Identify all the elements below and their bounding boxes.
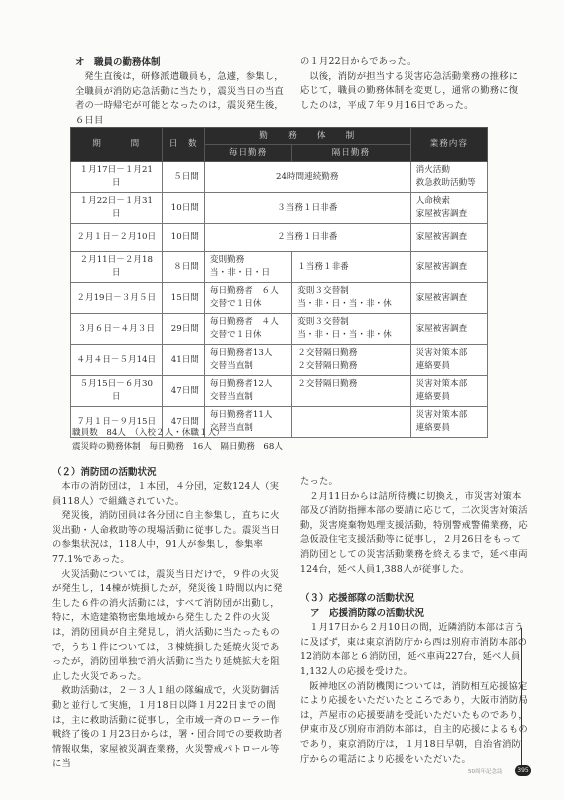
cell-duties: 家屋被害調査 (410, 314, 487, 345)
paragraph: １月17日から２月10日の間，近隣消防本部は言うに及ばず，東は東京消防庁から西は… (300, 621, 530, 679)
paragraph: 救助活動は，２－３人１組の隊編成で，火災防御活動と並行して実施，１月18日以降１… (52, 684, 284, 772)
cell-days: 29日間 (162, 314, 204, 345)
cell-days: 10日間 (162, 193, 204, 224)
section-o-continuation: の１月22日からであった。 (300, 55, 525, 70)
cell-period: ２月１日－２月10日 (71, 224, 163, 252)
cell-days: 10日間 (162, 224, 204, 252)
cell-duties: 災害対策本部連絡要員 (410, 345, 487, 376)
cell-period: ２月11日－２月18日 (71, 252, 163, 283)
header-work-system: 勤 務 体 制 (204, 128, 410, 145)
cell-duties: 家屋被害調査 (410, 252, 487, 283)
table-row: ２月19日－３月５日 15日間 毎日勤務者 ６人交替で１日休 変則３交替制当・非… (71, 283, 488, 314)
paragraph: 阪神地区の消防機関については，消防相互応援協定により応援をいただいたところであり… (300, 680, 530, 768)
paragraph: 火災活動については，震災当日だけで，９件の火災が発生し，14棟が焼損したが，発災… (52, 568, 284, 685)
page-number: 395 (515, 765, 531, 776)
cell-work-system: 24時間連続勤務 (204, 162, 410, 193)
section-2-continuation: たった。 (300, 475, 530, 490)
section-o-paragraph: 発生直後は，研修派遣職員も，急遽，参集し，全職員が消防応急活動に当たり，震災当日… (75, 70, 285, 128)
cell-daily: 毎日勤務者 ６人交替で１日休 (204, 283, 291, 314)
cell-alternate (292, 407, 410, 438)
cell-daily: 毎日勤務者 ４人交替で１日休 (204, 314, 291, 345)
cell-alternate: ２交替隔日勤務 (292, 376, 410, 407)
section-o-right: の１月22日からであった。 以後，消防が担当する災害応急活動業務の推移に応じて，… (300, 55, 525, 113)
header-daily: 毎日勤務 (204, 145, 291, 162)
cell-work-system: ２当務１日非番 (204, 224, 410, 252)
table-footnote-staff: 職員数 84人 （入校２人・休職１人） (72, 427, 225, 440)
section-2-left: （２）消防団の活動状況 本市の消防団は，１本団，４分団，定数124人（実員118… (52, 465, 284, 772)
table-row: １月22日－１月31日 10日間 ３当務１日非番 人命検索家屋被害調査 (71, 193, 488, 224)
cell-period: ３月６日－４月３日 (71, 314, 163, 345)
cell-alternate: 変則３交替制当・非・日・当・非・休 (292, 314, 410, 345)
right-column: たった。 ２月11日からは詰所待機に切換え，市災害対策本部及び消防指揮本部の要請… (300, 475, 530, 767)
section-3-subheading: ア 応援消防隊の活動状況 (300, 606, 530, 621)
paragraph: ２月11日からは詰所待機に切換え，市災害対策本部及び消防指揮本部の要請に応じて，… (300, 490, 530, 578)
cell-duties: 消火活動救急救助活動等 (410, 162, 487, 193)
section-o-heading: オ 職員の勤務体制 (75, 55, 285, 70)
cell-daily: 毎日勤務者13人交替当直制 (204, 345, 291, 376)
cell-period: ２月19日－３月５日 (71, 283, 163, 314)
header-duties: 業務内容 (410, 128, 487, 162)
cell-days: 41日間 (162, 345, 204, 376)
cell-duties: 家屋被害調査 (410, 283, 487, 314)
paragraph: 発災後，消防団員は各分団に自主参集し，直ちに火災出動・人命救助等の現場活動に従事… (52, 509, 284, 567)
cell-duties: 家屋被害調査 (410, 224, 487, 252)
margin-rule (521, 628, 522, 766)
cell-duties: 災害対策本部連絡要員 (410, 376, 487, 407)
table-footnote-system: 震災時の勤務体制 毎日勤務 16人 隔日勤務 68人 (72, 441, 283, 454)
cell-alternate: 変則３交替制当・非・日・当・非・休 (292, 283, 410, 314)
cell-work-system: ３当務１日非番 (204, 193, 410, 224)
table-row: ５月15日－６月30日 47日間 毎日勤務者12人交替当直制 ２交替隔日勤務 災… (71, 376, 488, 407)
cell-days: 15日間 (162, 283, 204, 314)
cell-days: 47日間 (162, 376, 204, 407)
cell-alternate: ２交替隔日勤務２交替隔日勤務 (292, 345, 410, 376)
table-row: ３月６日－４月３日 29日間 毎日勤務者 ４人交替で１日休 変則３交替制当・非・… (71, 314, 488, 345)
section-o-paragraph-2: 以後，消防が担当する災害応急活動業務の推移に応じて，職員の勤務体制を変更し，通常… (300, 70, 525, 114)
header-days: 日 数 (162, 128, 204, 162)
cell-alternate: １当務１非番 (292, 252, 410, 283)
table-row: ２月11日－２月18日 ８日間 変則勤務当・非・日・日 １当務１非番 家屋被害調… (71, 252, 488, 283)
cell-period: １月17日－１月21日 (71, 162, 163, 193)
cell-period: ５月15日－６月30日 (71, 376, 163, 407)
cell-period: １月22日－１月31日 (71, 193, 163, 224)
table-row: ４月４日－５月14日 41日間 毎日勤務者13人交替当直制 ２交替隔日勤務２交替… (71, 345, 488, 376)
cell-daily: 毎日勤務者12人交替当直制 (204, 376, 291, 407)
work-schedule-table: 期 間 日 数 勤 務 体 制 業務内容 毎日勤務 隔日勤務 １月17日－１月2… (70, 127, 488, 438)
header-alternate: 隔日勤務 (292, 145, 410, 162)
publication-title: 50周年記念誌 (468, 767, 503, 775)
table-row: １月17日－１月21日 ５日間 24時間連続勤務 消火活動救急救助活動等 (71, 162, 488, 193)
cell-duties: 人命検索家屋被害調査 (410, 193, 487, 224)
cell-days: ８日間 (162, 252, 204, 283)
cell-duties: 災害対策本部連絡要員 (410, 407, 487, 438)
section-3-heading: （３）応援部隊の活動状況 (300, 591, 530, 606)
cell-days: ５日間 (162, 162, 204, 193)
table-row: ２月１日－２月10日 10日間 ２当務１日非番 家屋被害調査 (71, 224, 488, 252)
section-2-heading: （２）消防団の活動状況 (52, 465, 284, 480)
header-period: 期 間 (71, 128, 163, 162)
paragraph: 本市の消防団は，１本団，４分団，定数124人（実員118人）で組織されていた。 (52, 480, 284, 509)
cell-daily: 変則勤務当・非・日・日 (204, 252, 291, 283)
section-o-left: オ 職員の勤務体制 発生直後は，研修派遣職員も，急遽，参集し，全職員が消防応急活… (75, 55, 285, 128)
cell-period: ４月４日－５月14日 (71, 345, 163, 376)
